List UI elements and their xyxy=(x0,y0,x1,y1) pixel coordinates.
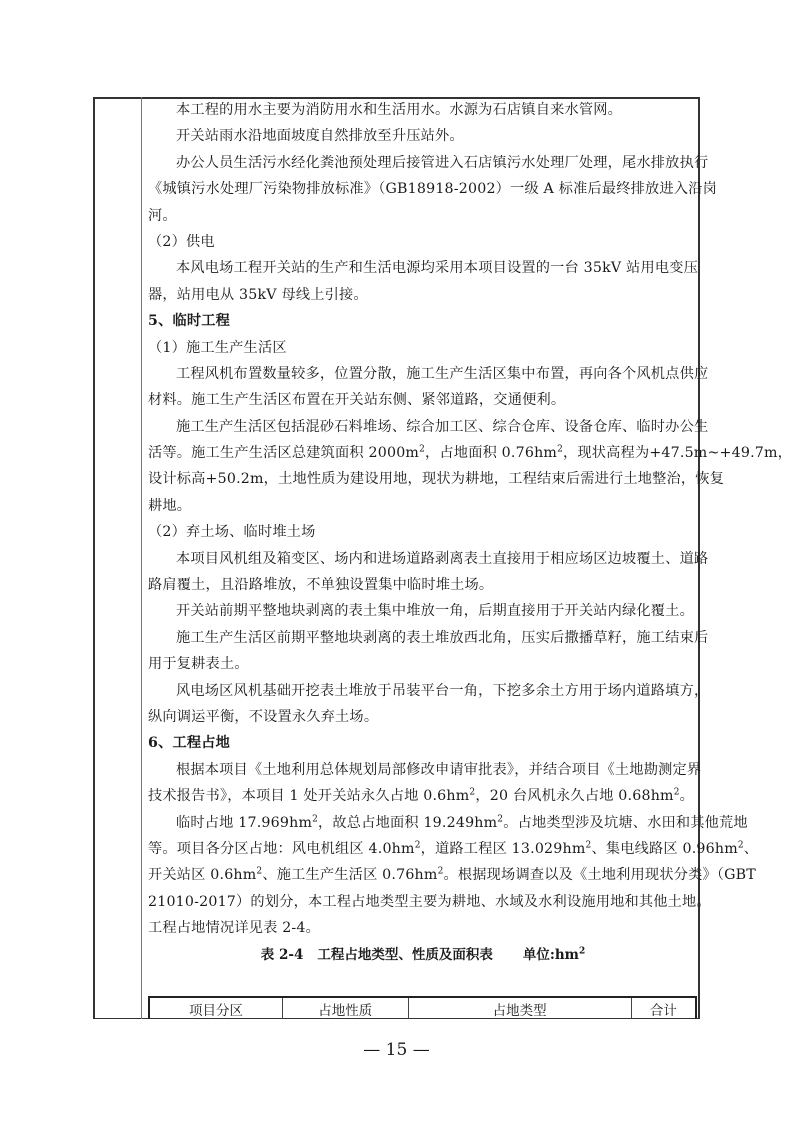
table-unit: 单位:hm2 xyxy=(523,947,585,963)
document-body: 本工程的用水主要为消防用水和生活用水。水源为石店镇自来水管网。 开关站雨水沿地面… xyxy=(148,97,698,968)
text-segment: 。占地类型涉及坑塘、水田和其他荒地 xyxy=(503,815,748,831)
text-segment: 。 xyxy=(680,788,694,804)
column-header-land-nature: 占地性质 xyxy=(283,997,409,1019)
paragraph-see-table: 工程占地情况详见表 2-4。 xyxy=(148,915,698,941)
paragraph-land-line2: 技术报告书》，本项目 1 处开关站永久占地 0.6hm2，20 台风机永久占地 … xyxy=(148,783,698,809)
land-occupation-table: 项目分区 占地性质 占地类型 合计 xyxy=(148,996,697,1019)
column-header-land-type: 占地类型 xyxy=(408,997,631,1019)
paragraph-wind-topsoil-line1: 风电场区风机基础开挖表土堆放于吊装平台一角，下挖多余土方用于场内道路填方， xyxy=(148,678,698,704)
subheading-power-supply: （2）供电 xyxy=(148,229,698,255)
paragraph-sewage-line3: 河。 xyxy=(148,203,698,229)
section-heading-land-occupation: 6、工程占地 xyxy=(148,730,698,756)
paragraph-wind-topsoil-line2: 纵向调运平衡，不设置永久弃土场。 xyxy=(148,704,698,730)
paragraph-camp2-line1: 施工生产生活区包括混砂石料堆场、综合加工区、综合仓库、设备仓库、临时办公生 xyxy=(148,414,698,440)
paragraph-temp-land-line1: 临时占地 17.969hm2，故总占地面积 19.249hm2。占地类型涉及坑塘… xyxy=(148,810,698,836)
paragraph-spoil-line2: 路肩覆土，且沿路堆放，不单独设置集中临时堆土场。 xyxy=(148,572,698,598)
text-segment: ，20 台风机永久占地 0.68hm xyxy=(475,788,673,804)
page-number: — 15 — xyxy=(0,1040,793,1060)
text-segment: 临时占地 17.969hm xyxy=(176,815,312,831)
paragraph-camp-line2: 材料。施工生产生活区布置在开关站东侧、紧邻道路，交通便利。 xyxy=(148,387,698,413)
paragraph-camp2-line4: 耕地。 xyxy=(148,493,698,519)
paragraph-temp-land-line2: 等。项目各分区占地：风电机组区 4.0hm2，道路工程区 13.029hm2、集… xyxy=(148,836,698,862)
paragraph-camp-line1: 工程风机布置数量较多，位置分散，施工生产生活区集中布置，再向各个风机点供应 xyxy=(148,361,698,387)
paragraph-camp-topsoil-line1: 施工生产生活区前期平整地块剥离的表土堆放西北角，压实后撒播草籽，施工结束后 xyxy=(148,625,698,651)
table-caption: 表 2-4工程占地类型、性质及面积表单位:hm2 xyxy=(148,942,698,968)
paragraph-sewage-line2: 《城镇污水处理厂污染物排放标准》（GB18918-2002）一级 A 标准后最终… xyxy=(148,176,698,202)
paragraph-power-line1: 本风电场工程开关站的生产和生活电源均采用本项目设置的一台 35kV 站用电变压 xyxy=(148,255,698,281)
text-segment: 、集电线路区 0.96hm xyxy=(591,841,737,857)
paragraph-camp2-line3: 设计标高+50.2m，土地性质为建设用地，现状为耕地，工程结束后需进行土地整治，… xyxy=(148,466,698,492)
text-segment: 。根据现场调查以及《土地利用现状分类》（GBT xyxy=(444,867,756,883)
paragraph-temp-land-line3: 开关站区 0.6hm2、施工生产生活区 0.76hm2。根据现场调查以及《土地利… xyxy=(148,862,698,888)
superscript: 2 xyxy=(579,946,585,956)
table-number: 表 2-4 xyxy=(261,947,304,963)
text-segment: ，道路工程区 13.029hm xyxy=(421,841,586,857)
text-segment: 活等。施工生产生活区总建筑面积 2000m xyxy=(148,445,419,461)
table-header-row: 项目分区 占地性质 占地类型 合计 xyxy=(149,997,696,1019)
subheading-spoil-area: （2）弃土场、临时堆土场 xyxy=(148,519,698,545)
table-unit-text: 单位:hm xyxy=(523,947,579,963)
text-segment: ，占地面积 0.76hm xyxy=(425,445,557,461)
text-segment: 、施工生产生活区 0.76hm xyxy=(262,867,437,883)
text-segment: 技术报告书》，本项目 1 处开关站永久占地 0.6hm xyxy=(148,788,469,804)
paragraph-land-line1: 根据本项目《土地利用总体规划局部修改申请审批表》，并结合项目《土地勘测定界 xyxy=(148,757,698,783)
paragraph-temp-land-line4: 21010-2017）的划分，本工程占地类型主要为耕地、水域及水利设施用地和其他… xyxy=(148,889,698,915)
text-segment: 、 xyxy=(744,841,758,857)
text-segment: 开关站区 0.6hm xyxy=(148,867,256,883)
paragraph-power-line2: 器，站用电从 35kV 母线上引接。 xyxy=(148,282,698,308)
text-segment: 等。项目各分区占地：风电机组区 4.0hm xyxy=(148,841,415,857)
table-title: 工程占地类型、性质及面积表 xyxy=(317,947,493,963)
subheading-construction-camp: （1）施工生产生活区 xyxy=(148,335,698,361)
paragraph-switch-topsoil: 开关站前期平整地块剥离的表土集中堆放一角，后期直接用于开关站内绿化覆土。 xyxy=(148,598,698,624)
paragraph-spoil-line1: 本项目风机组及箱变区、场内和进场道路剥离表土直接用于相应场区边坡覆土、道路 xyxy=(148,546,698,572)
paragraph-sewage-line1: 办公人员生活污水经化粪池预处理后接管进入石店镇污水处理厂处理，尾水排放执行 xyxy=(148,150,698,176)
column-header-total: 合计 xyxy=(631,997,696,1019)
section-heading-temporary-works: 5、临时工程 xyxy=(148,308,698,334)
paragraph-rain-drainage: 开关站雨水沿地面坡度自然排放至升压站外。 xyxy=(148,123,698,149)
paragraph-camp-topsoil-line2: 用于复耕表土。 xyxy=(148,651,698,677)
paragraph-water-supply: 本工程的用水主要为消防用水和生活用水。水源为石店镇自来水管网。 xyxy=(148,97,698,123)
text-segment: ，故总占地面积 19.249hm xyxy=(318,815,497,831)
text-segment: ，现状高程为+47.5m~+49.7m， xyxy=(563,445,792,461)
column-header-project-zone: 项目分区 xyxy=(149,997,283,1019)
paragraph-camp2-line2: 活等。施工生产生活区总建筑面积 2000m2，占地面积 0.76hm2，现状高程… xyxy=(148,440,698,466)
frame-column-divider xyxy=(141,97,142,1019)
